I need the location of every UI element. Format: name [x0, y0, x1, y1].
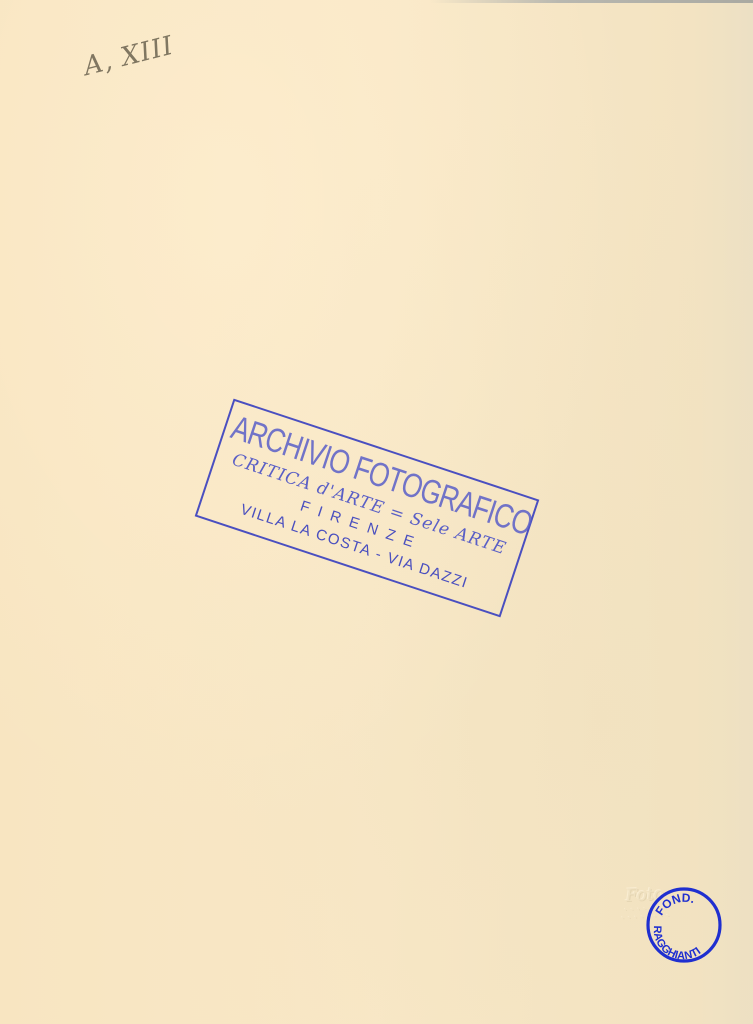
round-stamp-top-text: FOND. — [652, 891, 696, 918]
paper-top-edge — [430, 0, 753, 3]
round-stamp-bottom-text: RAGGHIANTI — [651, 925, 703, 962]
fondazione-ragghianti-stamp: FOND. RAGGHIANTI — [645, 886, 723, 964]
